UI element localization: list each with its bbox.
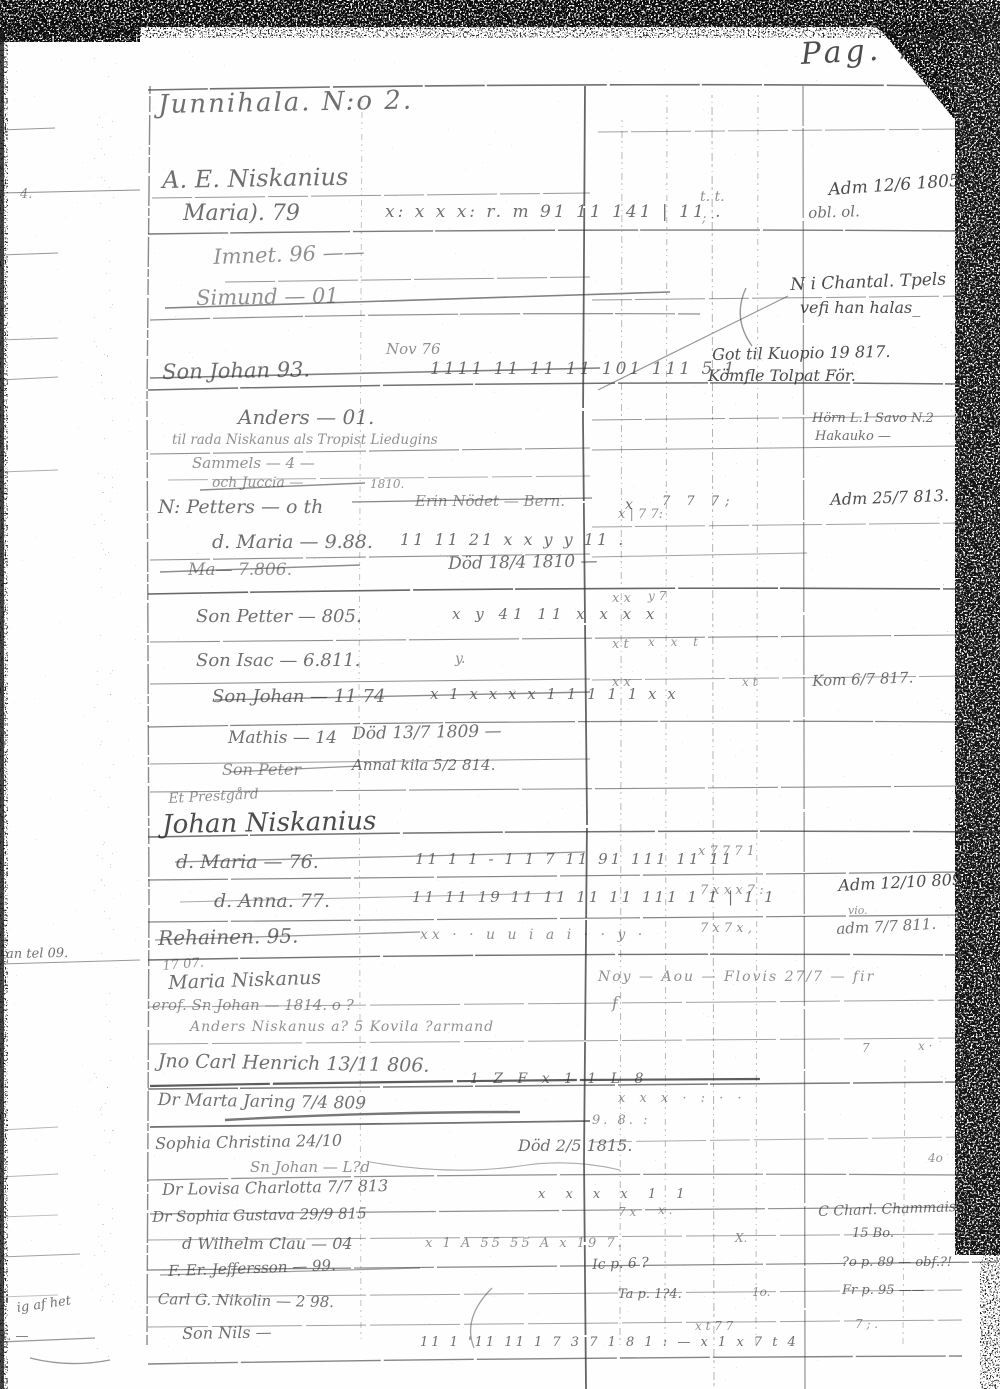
page-title: Junnihala. N:o 2. [158, 88, 413, 118]
entry-name: Ma— 7.806. [188, 562, 292, 579]
entry-name: Dr Sophia Gustava 29/9 815 [152, 1206, 367, 1225]
tick-marks: 9. 8. : [592, 1114, 650, 1127]
entry-subline: til rada Niskanus als Tropist Liedugins [172, 434, 438, 448]
entry-name: Son Petter — 805. [196, 608, 362, 626]
tick-marks: x x [612, 592, 631, 605]
tick-marks: 7 [862, 1042, 870, 1054]
entry-name: Rehainen. 95. [158, 926, 299, 948]
tick-marks: x x [612, 676, 631, 689]
tick-marks: x 7 7 7 1 [698, 845, 755, 858]
tick-marks: t. t. [700, 190, 725, 204]
margin-note: vio. [848, 905, 868, 916]
cell-note: 1o. [752, 1286, 770, 1298]
margin-note: ?o p. 89 — obf.?! [842, 1256, 952, 1269]
entry-note: Död 13/7 1809 — [352, 723, 502, 743]
entry-note: 1810. [370, 478, 404, 490]
entry-name: Dr Lovisa Charlotta 7/7 813 [162, 1178, 388, 1198]
tick-marks: ; · [702, 212, 715, 225]
entry-name: Simund — 01 [196, 286, 339, 309]
entry-subline: Anders Niskanus a? 5 Kovila ?armand [190, 1020, 494, 1034]
entry-note: Annal kila 5/2 814. [352, 758, 495, 773]
entry-name: Carl G. Nikolin — 2 98. [158, 1292, 334, 1310]
margin-note: Hakauko — [815, 430, 891, 443]
section-header: Johan Niskanius [162, 808, 377, 838]
page-number: Pag. 77. [800, 32, 956, 70]
margin-note: 15 Bo. [852, 1227, 894, 1240]
tick-marks: x 1 A 55 55 A x 19 7. [425, 1237, 625, 1250]
tick-marks: 7 x 7 x , [700, 922, 752, 935]
tick-marks: y. [455, 652, 466, 666]
entry-name: Sophia Christina 24/10 [155, 1133, 342, 1152]
entry-name: N: Petters — o th [158, 498, 323, 517]
entry-subline: Sn Johan — L?d [250, 1160, 370, 1175]
left-fragment: 4. [20, 188, 32, 201]
tick-marks: x | 7 7: [618, 508, 663, 521]
tick-marks: x: x x x: r. m 91 11 141 | 11 . [385, 204, 724, 221]
entry-name: Son Nils — [182, 1324, 272, 1342]
margin-note: Kömfle Tolpat För. [708, 368, 856, 384]
tick-marks: 1111 11 11 11 101 111 5 1. [430, 361, 746, 378]
tick-marks: y 7 [648, 590, 666, 602]
entry-name: Maria). 79 [183, 203, 300, 225]
entry-name: Dr Marta Jaring 7/4 809 [158, 1092, 366, 1113]
entry-name: Anders — 01. [238, 407, 374, 427]
entry-name: Son Johan 93. [162, 359, 310, 383]
tick-marks: x · [918, 1040, 932, 1052]
tick-marks: x 1 x x x x 1 1 1 1 1 x x [430, 687, 679, 702]
entry-subline: Erin Nödet — Bern. [415, 494, 565, 509]
tick-marks: x t [612, 638, 629, 651]
entry-name: d. Anna. 77. [214, 892, 330, 911]
tick-marks: 7 x [618, 1206, 636, 1218]
entry-name: Mathis — 14 [228, 730, 337, 747]
tick-marks: x t [742, 676, 757, 688]
entry-name: A. E. Niskanius [162, 165, 349, 192]
tick-marks: x t 7 7 [695, 1320, 733, 1332]
entry-note: Nov 76 [386, 342, 441, 357]
tick-marks: f [612, 995, 618, 1011]
entry-name: Son Peter [222, 762, 301, 778]
entry-note: Noy — Aou — Flovis 27/7 — fir [598, 970, 875, 984]
entry-subline: erof. Sn Johan — 1814. o ? [152, 998, 354, 1013]
tick-marks: 7 ; . [855, 1318, 878, 1330]
entry-name: Jno Carl Henrich 13/11 806. [158, 1052, 430, 1076]
entry-name: d. Maria — 76. [176, 853, 319, 872]
entry-name: Sammels — 4 — [192, 456, 315, 471]
entry-name: Imnet. 96 —— [213, 242, 365, 268]
tick-marks: x x t [648, 636, 704, 648]
margin-note: 4o [928, 1152, 943, 1164]
margin-note: Adm 25/7 813. [830, 488, 949, 508]
tick-marks: 7 x x x 7 : [700, 884, 764, 897]
entry-name: Son Isac — 6.811. [196, 652, 360, 670]
entry-name: Son Johan — 11 74 [212, 688, 385, 706]
entry-name: Maria Niskanus [168, 969, 321, 993]
scanned-ledger-page: Pag. 77. Junnihala. N:o 2. A. E. Niskani… [0, 0, 1000, 1389]
left-fragment: t. — [2, 1330, 29, 1343]
entry-name: d. Maria — 9.88. [212, 533, 373, 552]
tick-marks: X. [735, 1232, 747, 1244]
left-fragment: an tel 09. [6, 947, 68, 961]
tick-marks: x x x x 1 1 [538, 1188, 693, 1201]
tick-marks: 11 11 21 x x y y 11 . [400, 532, 626, 548]
tick-marks: 1 Z F x 1 1 L 8 [470, 1072, 648, 1086]
tick-marks: xx · · u u i a i · · y · [420, 928, 646, 942]
tick-marks: 11 1 1 - 1 1 7 11 91 111 11 11 [415, 852, 734, 867]
cell-note: Ta p. 1?4. [618, 1288, 682, 1301]
entry-name: och Juccia — [212, 476, 303, 490]
entry-note: Död 2/5 1815. [518, 1138, 632, 1154]
tick-marks: 7 7 7; [662, 495, 735, 508]
margin-note: Kom 6/7 817. [812, 670, 914, 689]
margin-note: Got til Kuopio 19 817. [712, 344, 891, 363]
tick-marks: x x x · : · · [618, 1092, 747, 1105]
entry-note: Död 18/4 1810 — [448, 553, 598, 573]
margin-note: obl. ol. [808, 204, 860, 221]
margin-note: Hörn L.1 Savo N.2 [812, 412, 934, 425]
tick-marks: 11 1 '11 11 1 7 3 7 1 8 1 : — x 1 x 7 t … [420, 1336, 799, 1349]
entry-name: d Wilhelm Clau — 04 [182, 1236, 353, 1252]
tick-marks: x . [658, 1204, 672, 1216]
tick-marks: x y 41 11 x x x x [452, 607, 659, 622]
margin-note: Fr p. 95 —— [842, 1284, 925, 1297]
cell-note: Ic p. 6 ? [592, 1256, 649, 1272]
margin-note: vefi han halas_ [800, 300, 920, 316]
